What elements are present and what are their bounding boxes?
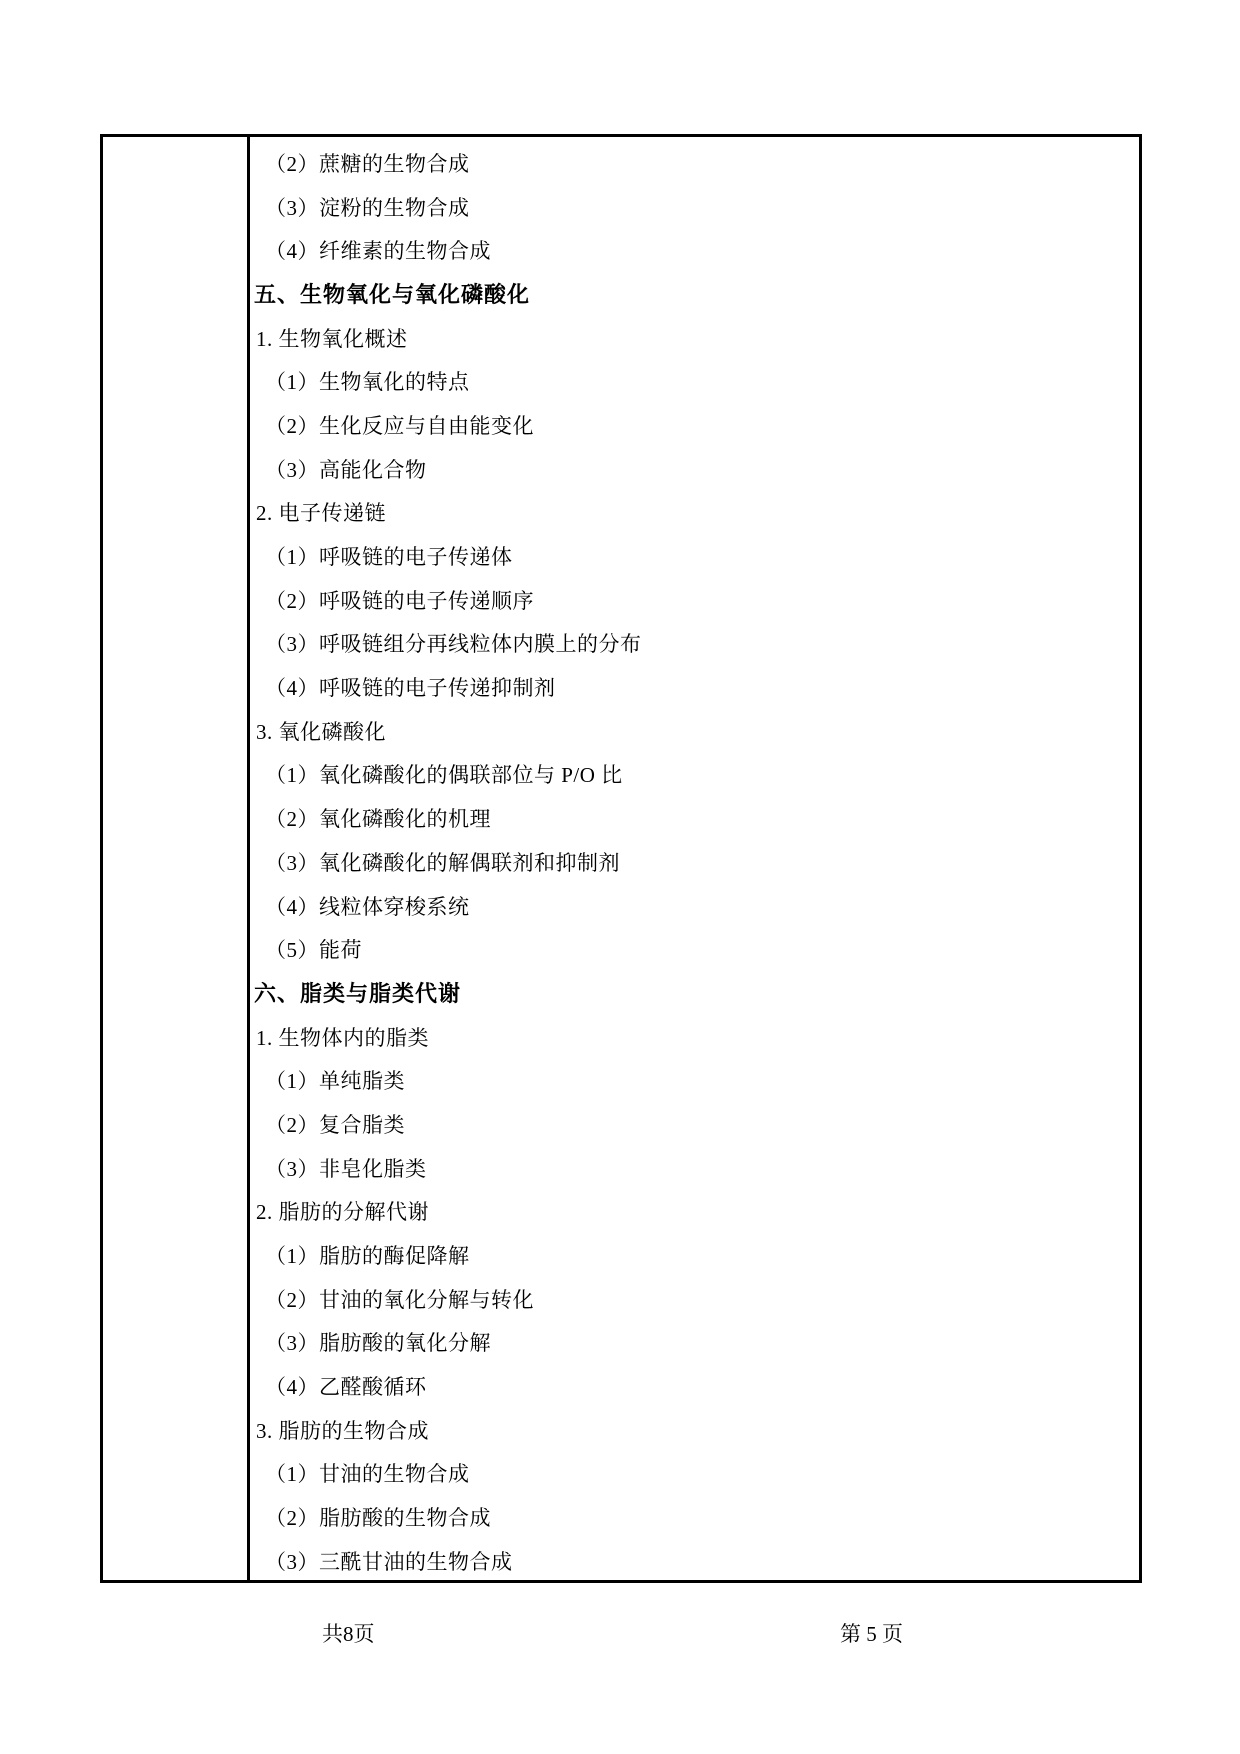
outline-line: （2）蔗糖的生物合成 (254, 141, 1131, 185)
footer-page-number-label: 第 5 页 (840, 1622, 903, 1646)
outline-line: 3. 脂肪的生物合成 (254, 1408, 1131, 1452)
outline-line: （3）淀粉的生物合成 (254, 185, 1131, 229)
outline-line: （3）氧化磷酸化的解偶联剂和抑制剂 (254, 840, 1131, 884)
syllabus-table: （2）蔗糖的生物合成（3）淀粉的生物合成（4）纤维素的生物合成五、生物氧化与氧化… (100, 134, 1142, 1583)
outline-line: （2）氧化磷酸化的机理 (254, 796, 1131, 840)
outline-line: （2）复合脂类 (254, 1102, 1131, 1146)
outline-line: （1）脂肪的酶促降解 (254, 1233, 1131, 1277)
footer-total-pages-label: 共8页 (322, 1622, 375, 1646)
outline-line: 3. 氧化磷酸化 (254, 709, 1131, 753)
outline-line: （4）纤维素的生物合成 (254, 228, 1131, 272)
outline-line: 1. 生物体内的脂类 (254, 1015, 1131, 1059)
outline-line: （4）线粒体穿梭系统 (254, 884, 1131, 928)
outline-line: （2）呼吸链的电子传递顺序 (254, 578, 1131, 622)
outline-line: （1）氧化磷酸化的偶联部位与 P/O 比 (254, 753, 1131, 797)
outline-line: （3）呼吸链组分再线粒体内膜上的分布 (254, 622, 1131, 666)
outline-line: （4）乙醛酸循环 (254, 1364, 1131, 1408)
outline-line: （2）脂肪酸的生物合成 (254, 1495, 1131, 1539)
outline-line: （2）甘油的氧化分解与转化 (254, 1277, 1131, 1321)
outline-line: 六、脂类与脂类代谢 (254, 971, 1131, 1015)
outline-line: （3）高能化合物 (254, 447, 1131, 491)
outline-line: （1）生物氧化的特点 (254, 359, 1131, 403)
outline-line: （3）三酰甘油的生物合成 (254, 1539, 1131, 1580)
outline-line: 2. 脂肪的分解代谢 (254, 1190, 1131, 1234)
table-empty-cell (103, 137, 250, 1580)
outline-line: 2. 电子传递链 (254, 491, 1131, 535)
outline-line: （1）单纯脂类 (254, 1058, 1131, 1102)
outline-line: （3）脂肪酸的氧化分解 (254, 1321, 1131, 1365)
outline-line: （1）甘油的生物合成 (254, 1452, 1131, 1496)
outline-line: 1. 生物氧化概述 (254, 316, 1131, 360)
table-content-cell: （2）蔗糖的生物合成（3）淀粉的生物合成（4）纤维素的生物合成五、生物氧化与氧化… (250, 137, 1139, 1580)
outline-line: 五、生物氧化与氧化磷酸化 (254, 272, 1131, 316)
outline-line: （4）呼吸链的电子传递抑制剂 (254, 665, 1131, 709)
outline-line: （3）非皂化脂类 (254, 1146, 1131, 1190)
outline-line: （5）能荷 (254, 927, 1131, 971)
outline-line: （2）生化反应与自由能变化 (254, 403, 1131, 447)
outline-line: （1）呼吸链的电子传递体 (254, 534, 1131, 578)
